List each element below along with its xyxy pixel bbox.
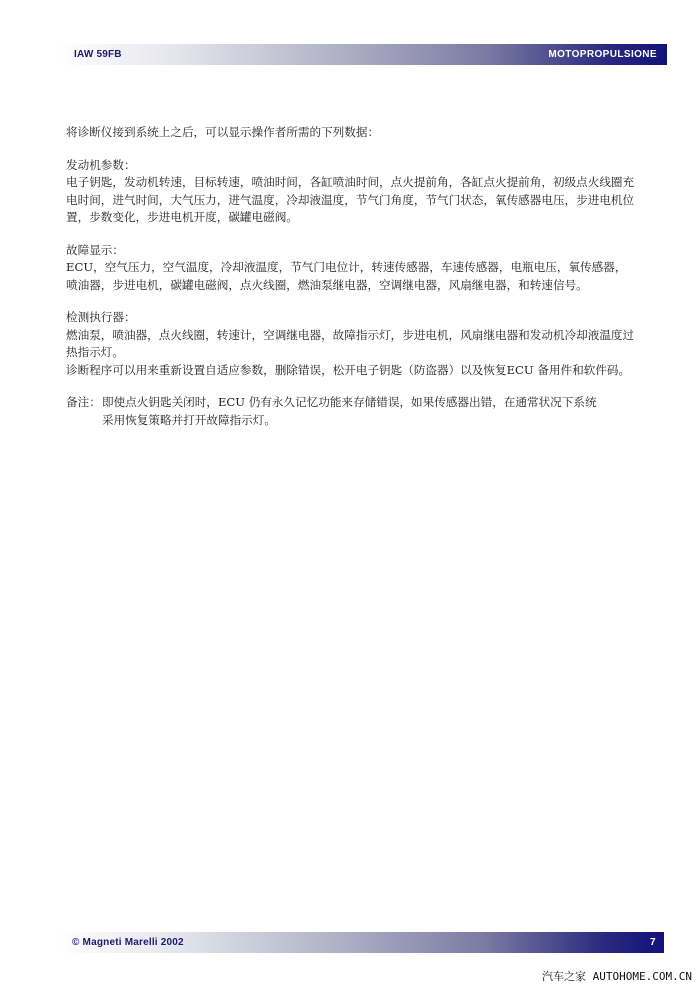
intro-paragraph: 将诊断仪接到系统上之后，可以显示操作者所需的下列数据： [66, 124, 636, 142]
document-body: 将诊断仪接到系统上之后，可以显示操作者所需的下列数据： 发动机参数： 电子钥匙，… [66, 124, 636, 429]
section-title-fault-display: 故障显示： [66, 242, 636, 260]
section-title-engine-params: 发动机参数： [66, 157, 636, 175]
document-code: IAW 59FB [74, 49, 122, 60]
section-body-actuator-test: 燃油泵，喷油器，点火线圈，转速计，空调继电器，故障指示灯，步进电机，风扇继电器和… [66, 327, 636, 362]
page-footer-bar: © Magneti Marelli 2002 7 [58, 932, 664, 953]
section-body-fault-display: ECU，空气压力，空气温度，冷却液温度，节气门电位计，转速传感器，车速传感器，电… [66, 259, 636, 294]
section-title-actuator-test: 检测执行器： [66, 309, 636, 327]
section-body-engine-params: 电子钥匙，发动机转速，目标转速，喷油时间，各缸喷油时间，点火提前角，各缸点火提前… [66, 174, 636, 227]
note-line-1: 即使点火钥匙关闭时，ECU 仍有永久记忆功能来存储错误，如果传感器出错，在通常状… [102, 394, 597, 412]
section-extra-diagnostic: 诊断程序可以用来重新设置自适应参数，删除错误，松开电子钥匙（防盗器）以及恢复EC… [66, 362, 636, 380]
section-title: MOTOPROPULSIONE [548, 49, 657, 60]
note-block: 备注： 即使点火钥匙关闭时，ECU 仍有永久记忆功能来存储错误，如果传感器出错，… [66, 394, 636, 412]
watermark: 汽车之家 AUTOHOME.COM.CN [542, 968, 692, 984]
note-label: 备注： [66, 394, 102, 412]
page-number: 7 [650, 937, 656, 948]
note-line-2: 采用恢复策略并打开故障指示灯。 [66, 412, 636, 430]
page-header-bar: IAW 59FB MOTOPROPULSIONE [58, 44, 667, 65]
copyright-text: © Magneti Marelli 2002 [72, 937, 184, 948]
